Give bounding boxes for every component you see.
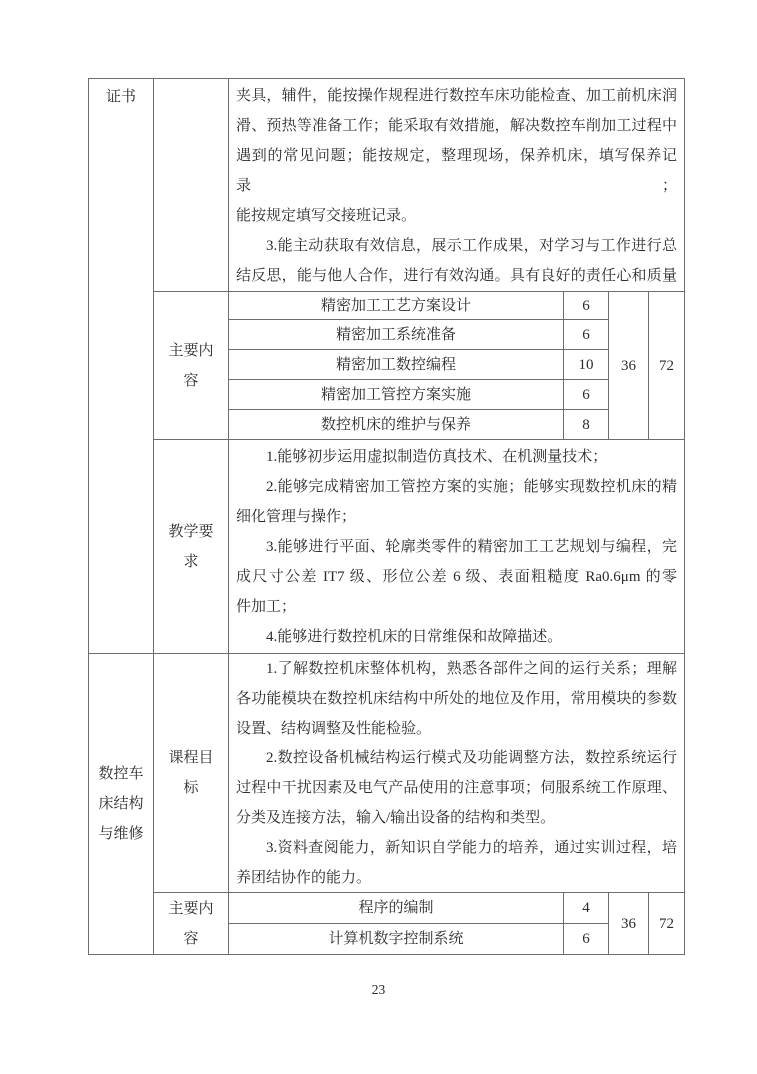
hours-value: 72 [659,351,674,381]
course-goals-header: 课程目 标 [154,654,229,893]
teaching-requirements-text: 1.能够初步运用虚拟制造仿真技术、在机测量技术； 2.能够完成精密加工管控方案的… [229,440,685,654]
hours-value: 6 [582,924,590,954]
content-item-name: 精密加工系统准备 [229,320,564,350]
item-text: 计算机数字控制系统 [328,924,463,954]
text-line: 件加工； [236,592,677,622]
certificate-label: 证书 [106,89,136,105]
course-name-line: 与维修 [98,819,143,849]
text-line: 1.了解数控机床整体机构，熟悉各部件之间的运行关系；理解 [236,655,677,685]
document-page: 证书 夹具，辅件，能按操作规程进行数控车床功能检查、加工前机床润 滑、预热等准备… [0,0,757,1074]
text-line: 遇到的常见问题；能按规定，整理现场，保养机床，填写保养记录； [236,141,677,201]
course-name-line: 数控车 [98,759,143,789]
course-goals-label-line: 标 [183,773,198,803]
hours-value: 36 [621,909,636,939]
hours-value: 10 [579,350,594,380]
curriculum-table: 证书 夹具，辅件，能按操作规程进行数控车床功能检查、加工前机床润 滑、预热等准备… [88,78,685,955]
content-item-hours: 10 [564,350,609,380]
course-goals-text: 1.了解数控机床整体机构，熟悉各部件之间的运行关系；理解 各功能模块在数控机床结… [229,654,685,893]
row-group-label-certificate: 证书 [89,79,154,654]
certificate-overview-text: 夹具，辅件，能按操作规程进行数控车床功能检查、加工前机床润 滑、预热等准备工作；… [229,79,685,292]
text-line: 2.数控设备机械结构运行模式及功能调整方法，数控系统运行 [236,744,677,774]
text-line: 成尺寸公差 IT7 级、形位公差 6 级、表面粗糙度 Ra0.6μm 的零 [236,562,677,592]
text-line: 3.能主动获取有效信息，展示工作成果，对学习与工作进行总 [236,231,677,261]
text-line: 养团结协作的能力。 [236,864,677,893]
main-content-label-line: 容 [183,366,198,396]
content-item-hours: 6 [564,292,609,320]
content-item-name: 计算机数字控制系统 [229,924,564,955]
teaching-requirements-label-line: 教学要 [168,517,213,547]
content-item-hours: 6 [564,380,609,410]
content-item-name: 精密加工数控编程 [229,350,564,380]
content-item-name: 精密加工工艺方案设计 [229,292,564,320]
row-group-label-machine-structure: 数控车 床结构 与维修 [89,654,154,955]
item-text: 数控机床的维护与保养 [321,410,471,440]
text-line: 2.能够完成精密加工管控方案的实施；能够实现数控机床的精 [236,472,677,502]
content-item-name: 程序的编制 [229,893,564,924]
item-text: 精密加工工艺方案设计 [321,292,471,320]
course-hours-total-1: 72 [649,292,685,440]
text-line: 能按规定填写交接班记录。 [236,201,677,231]
content-item-name: 数控机床的维护与保养 [229,410,564,440]
text-line: 结反思，能与他人合作，进行有效沟通。具有良好的责任心和质量 [236,261,677,291]
course-hours-total-2: 72 [649,893,685,955]
content-item-hours: 6 [564,320,609,350]
text-line: 1.能够初步运用虚拟制造仿真技术、在机测量技术； [236,442,677,472]
teaching-requirements-label-line: 求 [183,547,198,577]
teaching-requirements-header: 教学要 求 [154,440,229,654]
course-goals-label-line: 课程目 [168,743,213,773]
main-content-header-1: 主要内 容 [154,292,229,440]
hours-value: 6 [582,380,590,410]
empty-subheader-cell [154,79,229,292]
content-item-hours: 4 [564,893,609,924]
item-text: 精密加工系统准备 [336,320,456,350]
item-text: 精密加工管控方案实施 [321,380,471,410]
text-line: 3.资料查阅能力，新知识自学能力的培养，通过实训过程，培 [236,834,677,864]
main-content-label-line: 主要内 [168,336,213,366]
main-content-label-line: 主要内 [168,894,213,924]
semester-hours-total-2: 36 [609,893,649,955]
text-line: 分类及连接方法，输入/输出设备的结构和类型。 [236,804,677,834]
text-line: 4.能够进行数控机床的日常维保和故障描述。 [236,622,677,652]
course-name-line: 床结构 [98,789,143,819]
main-content-label-line: 容 [183,924,198,954]
item-text: 程序的编制 [358,893,433,923]
semester-hours-total-1: 36 [609,292,649,440]
item-text: 精密加工数控编程 [336,350,456,380]
text-line: 滑、预热等准备工作；能采取有效措施，解决数控车削加工过程中 [236,111,677,141]
text-line: 夹具，辅件，能按操作规程进行数控车床功能检查、加工前机床润 [236,81,677,111]
hours-value: 6 [582,320,590,350]
content-item-hours: 6 [564,924,609,955]
text-line: 过程中干扰因素及电气产品使用的注意事项；伺服系统工作原理、 [236,774,677,804]
hours-value: 72 [659,909,674,939]
page-number: 23 [0,982,757,998]
content-item-name: 精密加工管控方案实施 [229,380,564,410]
text-line: 细化管理与操作； [236,502,677,532]
main-content-header-2: 主要内 容 [154,893,229,955]
hours-value: 36 [621,351,636,381]
hours-value: 4 [582,893,590,923]
content-item-hours: 8 [564,410,609,440]
text-line: 各功能模块在数控机床结构中所处的地位及作用，常用模块的参数 [236,685,677,715]
hours-value: 8 [582,410,590,440]
text-line: 设置、结构调整及性能检验。 [236,715,677,745]
text-line: 3.能够进行平面、轮廓类零件的精密加工工艺规划与编程，完 [236,532,677,562]
hours-value: 6 [582,292,590,320]
